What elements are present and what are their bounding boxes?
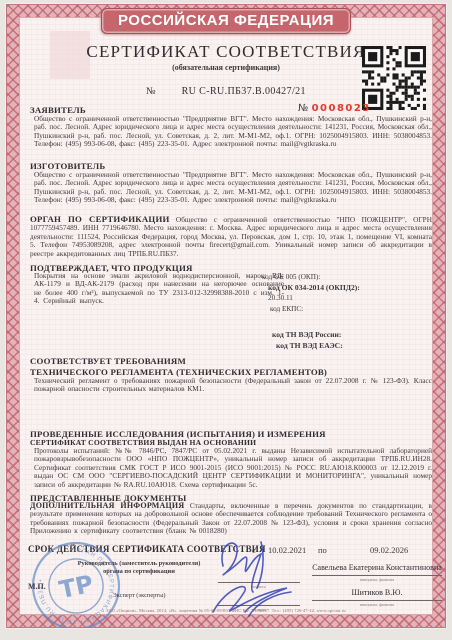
head-signature-caption: подпись <box>218 584 300 589</box>
blank-number-value: 0008023 <box>312 103 371 114</box>
country-banner: РОССИЙСКАЯ ФЕДЕРАЦИЯ <box>101 8 351 34</box>
expert-name-caption: инициалы, фамилия <box>312 602 442 607</box>
validity-from-date: 10.02.2021 <box>268 545 306 555</box>
stamp-place-label: М.П. <box>28 582 46 591</box>
code-ekps-label: код ЕКПС: <box>270 305 303 313</box>
blank-serial-number: № 0008023 <box>298 103 371 114</box>
code-okpd2-value: 20.30.11 <box>268 294 293 302</box>
blank-number-sign: № <box>298 103 308 114</box>
scanned-certificate-page: { "page": { "banner": "РОССИЙСКАЯ ФЕДЕРА… <box>0 0 452 640</box>
head-signature-line <box>218 582 300 583</box>
certification-body-stamp: ОРГАН ПО СЕРТИФИКАЦИИ • ТРПБ.RU.ПБ37 • Т… <box>21 531 130 628</box>
code-tnved-ru-label: код ТН ВЭД России: <box>272 330 341 339</box>
validity-to-date: 09.02.2026 <box>370 545 408 555</box>
validity-from-label: с <box>252 545 256 555</box>
head-role-line2: органа по сертификации <box>68 568 210 576</box>
number-sign-label: № <box>146 86 156 97</box>
validity-to-label: по <box>318 545 327 555</box>
requirements-heading-line1: СООТВЕТСТВУЕТ ТРЕБОВАНИЯМ <box>30 356 186 366</box>
research-text: Протоколы испытаний: №№ 7846/РС, 7847/РС… <box>34 447 432 489</box>
printer-imprint: ЗАО «Опцион», Москва, 2014, «В», лицензи… <box>6 608 446 613</box>
certificate-sheet: РОССИЙСКАЯ ФЕДЕРАЦИЯ СЕРТИФИКАТ СООТВЕТС… <box>6 4 446 628</box>
certificate-number-row: № RU C-RU.ПБ37.В.00427/21 <box>126 86 326 97</box>
product-text: Покрытия на основе эмали акриловой водно… <box>34 272 284 306</box>
additional-info-paragraph: ДОПОЛНИТЕЛЬНАЯ ИНФОРМАЦИЯ Стандарты, вкл… <box>30 502 432 536</box>
expert-name-line <box>312 600 442 601</box>
code-okpd2-label: код ОК 034-2014 (ОКПД2): <box>268 283 360 292</box>
expert-role-line1: Эксперт (эксперты) <box>68 592 210 600</box>
code-okp-label: код ОК 005 (ОКП): <box>262 273 320 281</box>
requirements-text: Технический регламент о требованиях пожа… <box>34 377 432 394</box>
certificate-number: RU C-RU.ПБ37.В.00427/21 <box>182 86 306 97</box>
expert-signature-line <box>218 605 300 606</box>
qr-code-icon <box>362 46 426 110</box>
head-name: Савельева Екатерина Константиновна <box>308 563 446 572</box>
code-tnved-eaes-label: код ТН ВЭД ЕАЭС: <box>276 341 343 350</box>
head-role-line1: Руководитель (заместитель руководителя) <box>68 560 210 568</box>
expert-name: Шитиков В.Ю. <box>308 588 446 597</box>
manufacturer-text: Общество с ограниченной ответственностью… <box>34 171 432 205</box>
head-name-caption: инициалы, фамилия <box>312 577 442 582</box>
certification-body-paragraph: ОРГАН ПО СЕРТИФИКАЦИИ Общество с огранич… <box>30 215 432 258</box>
applicant-text: Общество с ограниченной ответственностью… <box>34 115 432 149</box>
head-name-line <box>312 575 442 576</box>
